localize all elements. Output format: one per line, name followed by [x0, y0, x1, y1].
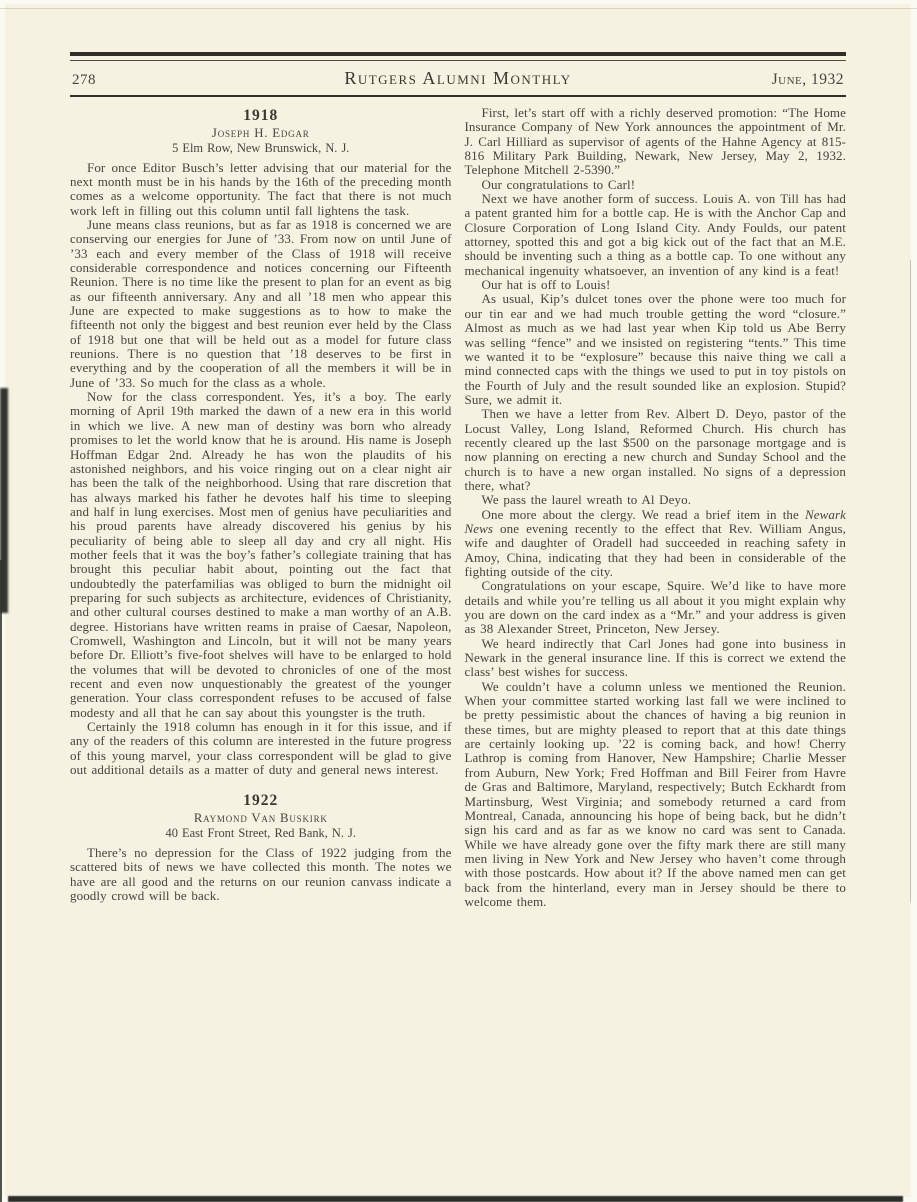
- paragraph-with-newspaper-title: One more about the clergy. We read a bri…: [465, 508, 847, 580]
- header-row: 278 Rutgers Alumni Monthly June, 1932: [70, 61, 846, 95]
- paragraph: Then we have a letter from Rev. Albert D…: [465, 407, 847, 493]
- paragraph: We pass the laurel wreath to Al Deyo.: [465, 493, 847, 507]
- scan-artifact-right: [910, 260, 911, 902]
- magazine-page: 278 Rutgers Alumni Monthly June, 1932 19…: [5, 4, 911, 1197]
- paragraph: Next we have another form of success. Lo…: [465, 192, 847, 278]
- header-rule-bottom: [70, 95, 846, 97]
- correspondent-address: 40 East Front Street, Red Bank, N. J.: [70, 826, 452, 841]
- scan-artifact-left-line: [0, 560, 2, 1202]
- page-header: 278 Rutgers Alumni Monthly June, 1932: [70, 52, 846, 97]
- section-1918: 1918 Joseph H. Edgar 5 Elm Row, New Brun…: [70, 107, 452, 777]
- paragraph: Our congratulations to Carl!: [465, 178, 847, 192]
- right-column: First, let’s start off with a richly des…: [465, 106, 847, 909]
- scan-artifact-bottom: [8, 1196, 903, 1202]
- header-rule-thin: [70, 60, 846, 61]
- paragraph: For once Editor Busch’s letter advising …: [70, 161, 452, 218]
- paragraph: First, let’s start off with a richly des…: [465, 106, 847, 178]
- section-1922: 1922 Raymond Van Buskirk 40 East Front S…: [70, 792, 452, 903]
- scan-edge-top: [0, 8, 917, 9]
- paragraph: There’s no depression for the Class of 1…: [70, 846, 452, 903]
- paragraph: Congratulations on your escape, Squire. …: [465, 579, 847, 636]
- class-year-heading: 1918: [70, 107, 452, 124]
- paragraph: Certainly the 1918 column has enough in …: [70, 720, 452, 777]
- paragraph: June means class reunions, but as far as…: [70, 218, 452, 390]
- issue-date: June, 1932: [724, 71, 844, 89]
- section-1918-head: 1918 Joseph H. Edgar 5 Elm Row, New Brun…: [70, 107, 452, 156]
- paragraph-text: one evening recently to the effect that …: [465, 521, 847, 579]
- page-title: Rutgers Alumni Monthly: [192, 68, 724, 89]
- paragraph: We couldn’t have a column unless we ment…: [465, 680, 847, 910]
- scanned-page: 278 Rutgers Alumni Monthly June, 1932 19…: [0, 0, 917, 1202]
- paragraph: Now for the class correspondent. Yes, it…: [70, 390, 452, 720]
- paragraph-text: One more about the clergy. We read a bri…: [482, 507, 805, 522]
- paragraph: Our hat is off to Louis!: [465, 278, 847, 292]
- section-1922-head: 1922 Raymond Van Buskirk 40 East Front S…: [70, 792, 452, 841]
- correspondent-name: Raymond Van Buskirk: [70, 811, 452, 826]
- correspondent-name: Joseph H. Edgar: [70, 126, 452, 141]
- two-column-body: 1918 Joseph H. Edgar 5 Elm Row, New Brun…: [70, 106, 846, 909]
- paragraph: As usual, Kip’s dulcet tones over the ph…: [465, 292, 847, 407]
- page-number: 278: [72, 72, 192, 89]
- class-year-heading: 1922: [70, 792, 452, 809]
- left-column: 1918 Joseph H. Edgar 5 Elm Row, New Brun…: [70, 106, 452, 909]
- header-rule-thick: [70, 52, 846, 56]
- paragraph: We heard indirectly that Carl Jones had …: [465, 637, 847, 680]
- correspondent-address: 5 Elm Row, New Brunswick, N. J.: [70, 141, 452, 156]
